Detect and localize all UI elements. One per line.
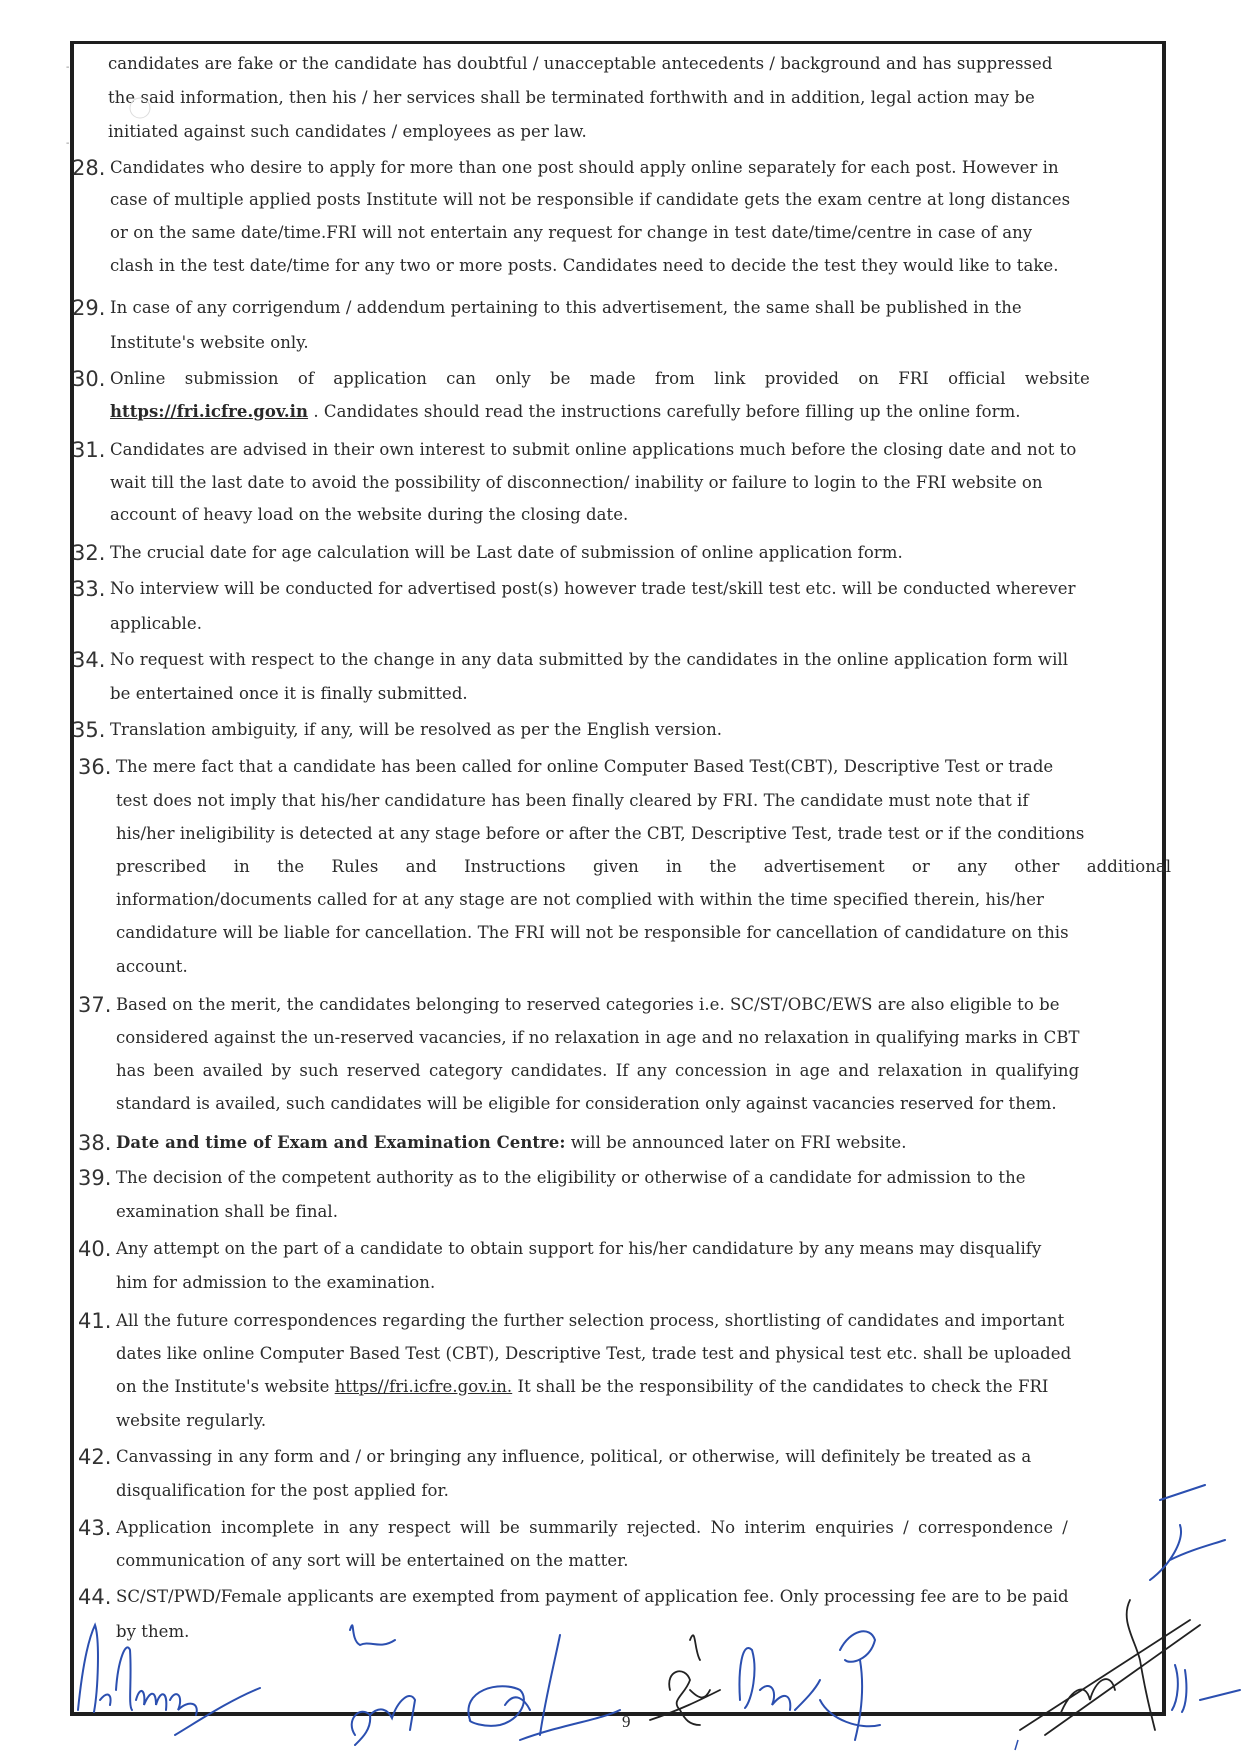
punch-hole-mark <box>130 98 150 118</box>
signature-4 <box>650 1635 720 1725</box>
signature-7 <box>1020 1600 1200 1735</box>
signature-8 <box>1150 1485 1240 1712</box>
signatures-overlay <box>0 0 1241 1755</box>
ink-mark <box>1015 1740 1018 1750</box>
signature-6 <box>820 1631 880 1740</box>
signature-3 <box>468 1635 620 1740</box>
signature-5 <box>740 1648 821 1710</box>
signature-1 <box>78 1625 260 1735</box>
signature-2 <box>350 1625 415 1745</box>
